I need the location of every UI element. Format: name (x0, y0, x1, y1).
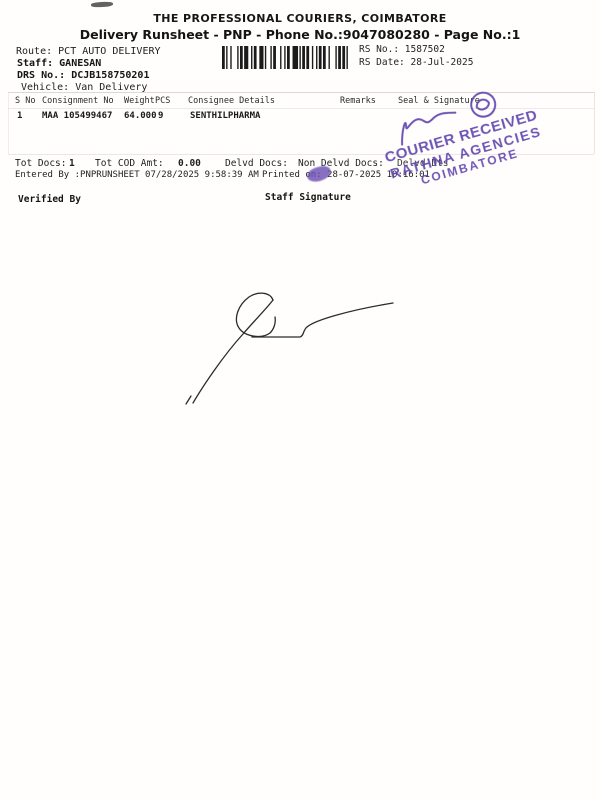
row-pcs: 9 (158, 111, 163, 121)
staff-label: Staff: (17, 58, 53, 69)
drs-no-label: DRS No.: (17, 70, 65, 81)
table-right-rule (594, 92, 595, 154)
col-header-pcs: PCS (155, 96, 170, 106)
document-title: Delivery Runsheet - PNP - Phone No.:9047… (0, 27, 600, 42)
staff-value: GANESAN (59, 58, 101, 69)
staff-signature-label: Staff Signature (265, 192, 351, 203)
rs-date-label: RS Date: (359, 57, 405, 68)
table-left-rule (8, 92, 9, 154)
tot-docs-label: Tot Docs: (15, 158, 66, 169)
drs-no-value: DCJB158750201 (71, 70, 149, 81)
route-label: Route: (16, 46, 52, 57)
staff-field: Staff: GANESAN (17, 58, 101, 69)
handwritten-signature (175, 282, 400, 414)
row-weight: 64.000 (124, 111, 157, 121)
drs-no-field: DRS No.: DCJB158750201 (17, 70, 149, 81)
barcode-graphic (222, 46, 352, 69)
col-header-remarks: Remarks (340, 96, 376, 106)
delvd-docs-label: Delvd Docs: (225, 158, 288, 169)
row-consignee: SENTHILPHARMA (190, 111, 260, 121)
row-consignment-no: MAA 105499467 (42, 111, 112, 121)
rs-no-field: RS No.: 1587502 (359, 44, 445, 55)
tot-docs-value: 1 (69, 158, 75, 169)
rs-date-field: RS Date: 28-Jul-2025 (359, 57, 473, 68)
delivery-runsheet-document: THE PROFESSIONAL COURIERS, COIMBATORE De… (0, 0, 600, 800)
verified-by-label: Verified By (18, 194, 81, 205)
col-header-consignee-details: Consignee Details (188, 96, 275, 106)
company-title: THE PROFESSIONAL COURIERS, COIMBATORE (0, 12, 600, 25)
rs-date-value: 28-Jul-2025 (411, 57, 474, 68)
route-field: Route: PCT AUTO DELIVERY (16, 46, 161, 57)
scan-smudge (91, 1, 113, 7)
col-header-weight: Weight (124, 96, 155, 106)
tot-cod-value: 0.00 (178, 158, 201, 169)
row-sno: 1 (17, 111, 22, 121)
rs-no-value: 1587502 (405, 44, 445, 55)
col-header-sno: S No (15, 96, 35, 106)
route-value: PCT AUTO DELIVERY (58, 46, 160, 57)
rs-no-label: RS No.: (359, 44, 399, 55)
entered-by-text: Entered By :PNPRUNSHEET 07/28/2025 9:58:… (15, 170, 259, 180)
tot-cod-label: Tot COD Amt: (95, 158, 164, 169)
col-header-consignment-no: Consignment No (42, 96, 114, 106)
